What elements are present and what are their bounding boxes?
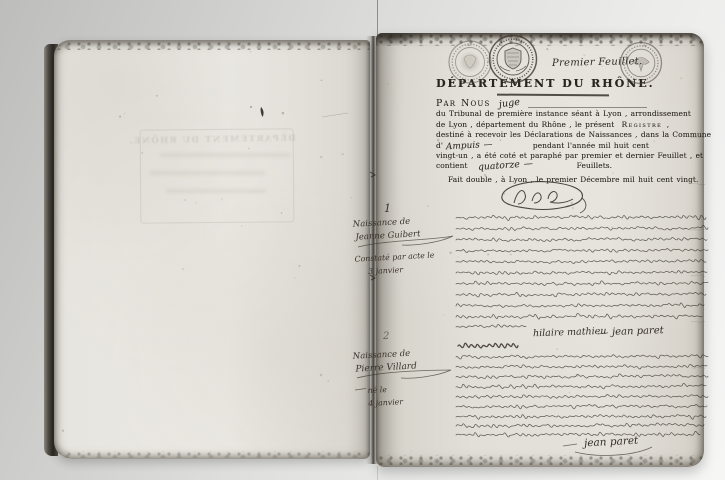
scratch-mark [322, 113, 348, 117]
ink-blot [184, 106, 348, 204]
round-seal-icon-tribunal [490, 36, 537, 83]
binding-stitches [370, 172, 375, 280]
ink-art-layer [0, 0, 725, 480]
archival-scan: DÉPARTEMENT DU RHÔNE. Premier Feuillet. … [0, 0, 725, 480]
paper-speckles [62, 48, 682, 452]
round-seal-icon-faint [449, 41, 491, 83]
handwritten-act-text [456, 137, 708, 437]
round-seal-icon-eagle [621, 43, 662, 84]
